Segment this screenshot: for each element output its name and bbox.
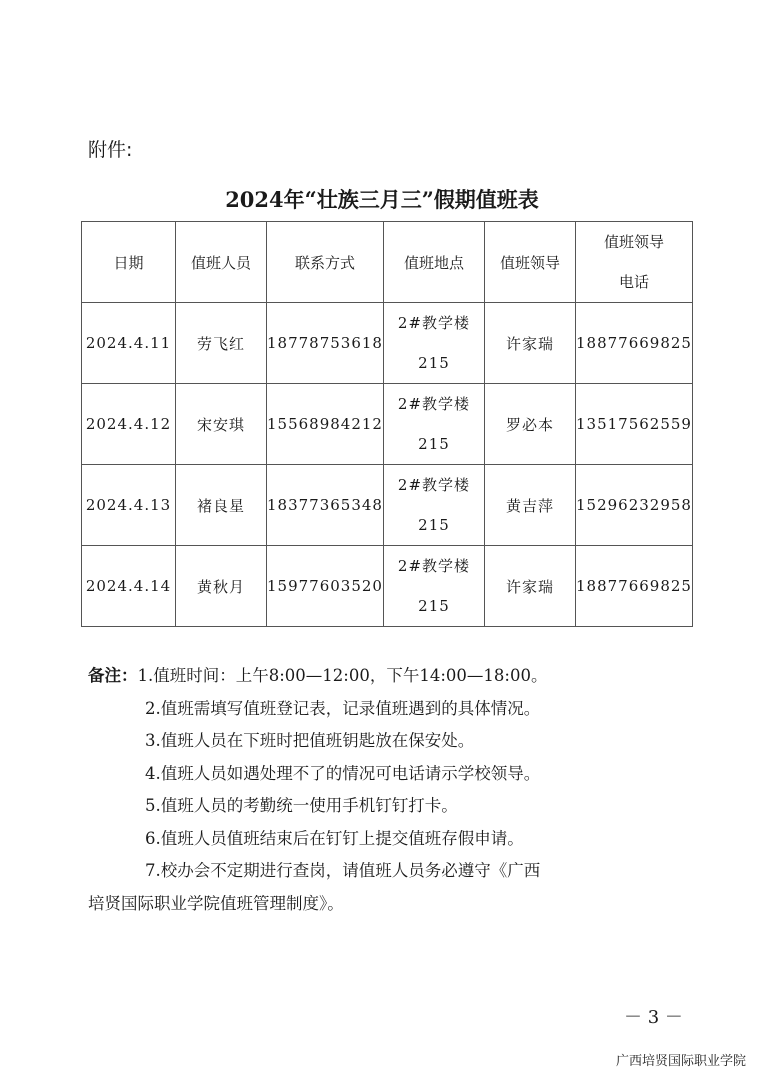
header-date: 日期: [82, 222, 176, 303]
attachment-label: 附件:: [88, 135, 132, 162]
notes-label: 备注：: [88, 666, 138, 685]
cell-leader-phone: 18877669825: [575, 303, 692, 384]
location-room: 215: [384, 343, 484, 383]
duty-table: 日期 值班人员 联系方式 值班地点 值班领导 值班领导 电话 2024.4.11…: [81, 221, 693, 627]
cell-leader: 黄吉萍: [484, 465, 575, 546]
header-leader-phone-line2: 电话: [576, 262, 692, 302]
cell-person: 劳飞红: [176, 303, 267, 384]
page-number: － 3 －: [624, 1003, 683, 1029]
location-building: 2#教学楼: [384, 384, 484, 424]
location-building: 2#教学楼: [384, 303, 484, 343]
header-leader-phone: 值班领导 电话: [575, 222, 692, 303]
location-building: 2#教学楼: [384, 546, 484, 586]
cell-leader-phone: 15296232958: [575, 465, 692, 546]
cell-person: 褚良星: [176, 465, 267, 546]
cell-leader: 罗必本: [484, 384, 575, 465]
cell-date: 2024.4.12: [82, 384, 176, 465]
note-item-continuation: 培贤国际职业学院值班管理制度》。: [88, 888, 547, 921]
cell-date: 2024.4.14: [82, 546, 176, 627]
cell-person: 黄秋月: [176, 546, 267, 627]
table-row: 2024.4.11 劳飞红 18778753618 2#教学楼215 许家瑞 1…: [82, 303, 693, 384]
cell-phone: 18377365348: [267, 465, 384, 546]
note-item: 3.值班人员在下班时把值班钥匙放在保安处。: [88, 725, 547, 758]
cell-date: 2024.4.11: [82, 303, 176, 384]
note-text: 1.值班时间：上午8:00—12:00，下午14:00—18:00。: [138, 666, 548, 685]
header-person: 值班人员: [176, 222, 267, 303]
cell-location: 2#教学楼215: [383, 465, 484, 546]
location-room: 215: [384, 505, 484, 545]
cell-date: 2024.4.13: [82, 465, 176, 546]
header-location: 值班地点: [383, 222, 484, 303]
note-item: 6.值班人员值班结束后在钉钉上提交值班存假申请。: [88, 823, 547, 856]
notes-section: 备注：1.值班时间：上午8:00—12:00，下午14:00—18:00。 2.…: [88, 660, 547, 920]
header-leader-phone-line1: 值班领导: [576, 222, 692, 262]
table-row: 2024.4.12 宋安琪 15568984212 2#教学楼215 罗必本 1…: [82, 384, 693, 465]
cell-location: 2#教学楼215: [383, 384, 484, 465]
note-item: 7.校办会不定期进行查岗，请值班人员务必遵守《广西: [88, 855, 547, 888]
cell-person: 宋安琪: [176, 384, 267, 465]
location-room: 215: [384, 586, 484, 626]
cell-phone: 18778753618: [267, 303, 384, 384]
cell-leader: 许家瑞: [484, 546, 575, 627]
cell-leader: 许家瑞: [484, 303, 575, 384]
cell-leader-phone: 13517562559: [575, 384, 692, 465]
document-title: 2024年“壮族三月三”假期值班表: [0, 184, 764, 214]
cell-leader-phone: 18877669825: [575, 546, 692, 627]
header-phone: 联系方式: [267, 222, 384, 303]
note-item: 2.值班需填写值班登记表，记录值班遇到的具体情况。: [88, 693, 547, 726]
table-row: 2024.4.13 褚良星 18377365348 2#教学楼215 黄吉萍 1…: [82, 465, 693, 546]
note-item: 5.值班人员的考勤统一使用手机钉钉打卡。: [88, 790, 547, 823]
note-item: 4.值班人员如遇处理不了的情况可电话请示学校领导。: [88, 758, 547, 791]
cell-phone: 15568984212: [267, 384, 384, 465]
note-item: 备注：1.值班时间：上午8:00—12:00，下午14:00—18:00。: [88, 660, 547, 693]
cell-location: 2#教学楼215: [383, 546, 484, 627]
location-room: 215: [384, 424, 484, 464]
header-leader: 值班领导: [484, 222, 575, 303]
table-row: 2024.4.14 黄秋月 15977603520 2#教学楼215 许家瑞 1…: [82, 546, 693, 627]
location-building: 2#教学楼: [384, 465, 484, 505]
footer-institution: 广西培贤国际职业学院: [616, 1050, 746, 1069]
table-header-row: 日期 值班人员 联系方式 值班地点 值班领导 值班领导 电话: [82, 222, 693, 303]
cell-phone: 15977603520: [267, 546, 384, 627]
cell-location: 2#教学楼215: [383, 303, 484, 384]
